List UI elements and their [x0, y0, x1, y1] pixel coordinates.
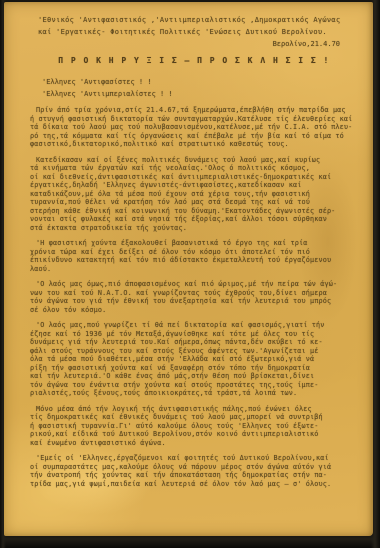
paragraph-4: 'Ο λαός μας όμως,πιό άποφασισμένος καί π… — [30, 280, 358, 314]
document-content: 'Εθνικός 'Αντιφασιστικός ,'Αντιιμπεριαλι… — [30, 14, 358, 495]
salutation-antifascists: 'Ελληνες 'Αντιφασίστες ! ! — [30, 76, 358, 88]
document-title: Π Ρ Ο Κ Η Ρ Υ Ξ Ι Σ — Π Ρ Ο Σ Κ Λ Η Σ Ι … — [30, 56, 358, 66]
paragraph-7: 'Εμείς οί 'Ελληνες,έργαζόμενοι καί φοιτη… — [30, 454, 358, 488]
header-line-2: καί 'Εργατικές- Φοιτητικές Πολιτικές 'Εν… — [30, 26, 358, 38]
scanned-document-screenshot: { "colors": { "paper": "#ddae52", "ink":… — [0, 0, 380, 548]
paragraph-6: Μόνο μέσα άπό τήν λογική τής άντιφασιστι… — [30, 405, 358, 448]
salutation-antiimperialists: 'Ελληνες 'Αντιιμπεριαλίστες ! ! — [30, 88, 358, 100]
paragraph-2: Κατεδίκασαν καί οί ξένες πολιτικές δυνάμ… — [30, 156, 358, 233]
paragraph-1: Πρίν άπό τρία χρόνια,στίς 21.4.67,τά ξημ… — [30, 106, 358, 149]
salutation-block: 'Ελληνες 'Αντιφασίστες ! ! 'Ελληνες 'Αντ… — [30, 76, 358, 100]
header-line-1: 'Εθνικός 'Αντιφασιστικός ,'Αντιιμπεριαλι… — [30, 14, 358, 26]
paragraph-5: 'Ο λαός μας,πού γνωρίζει τί θά πεί δικτα… — [30, 321, 358, 398]
paragraph-3: 'Η φασιστική χούντα έξακολουθεί βασανιστ… — [30, 239, 358, 273]
dateline: Βερολίνο,21.4.70 — [30, 39, 358, 50]
